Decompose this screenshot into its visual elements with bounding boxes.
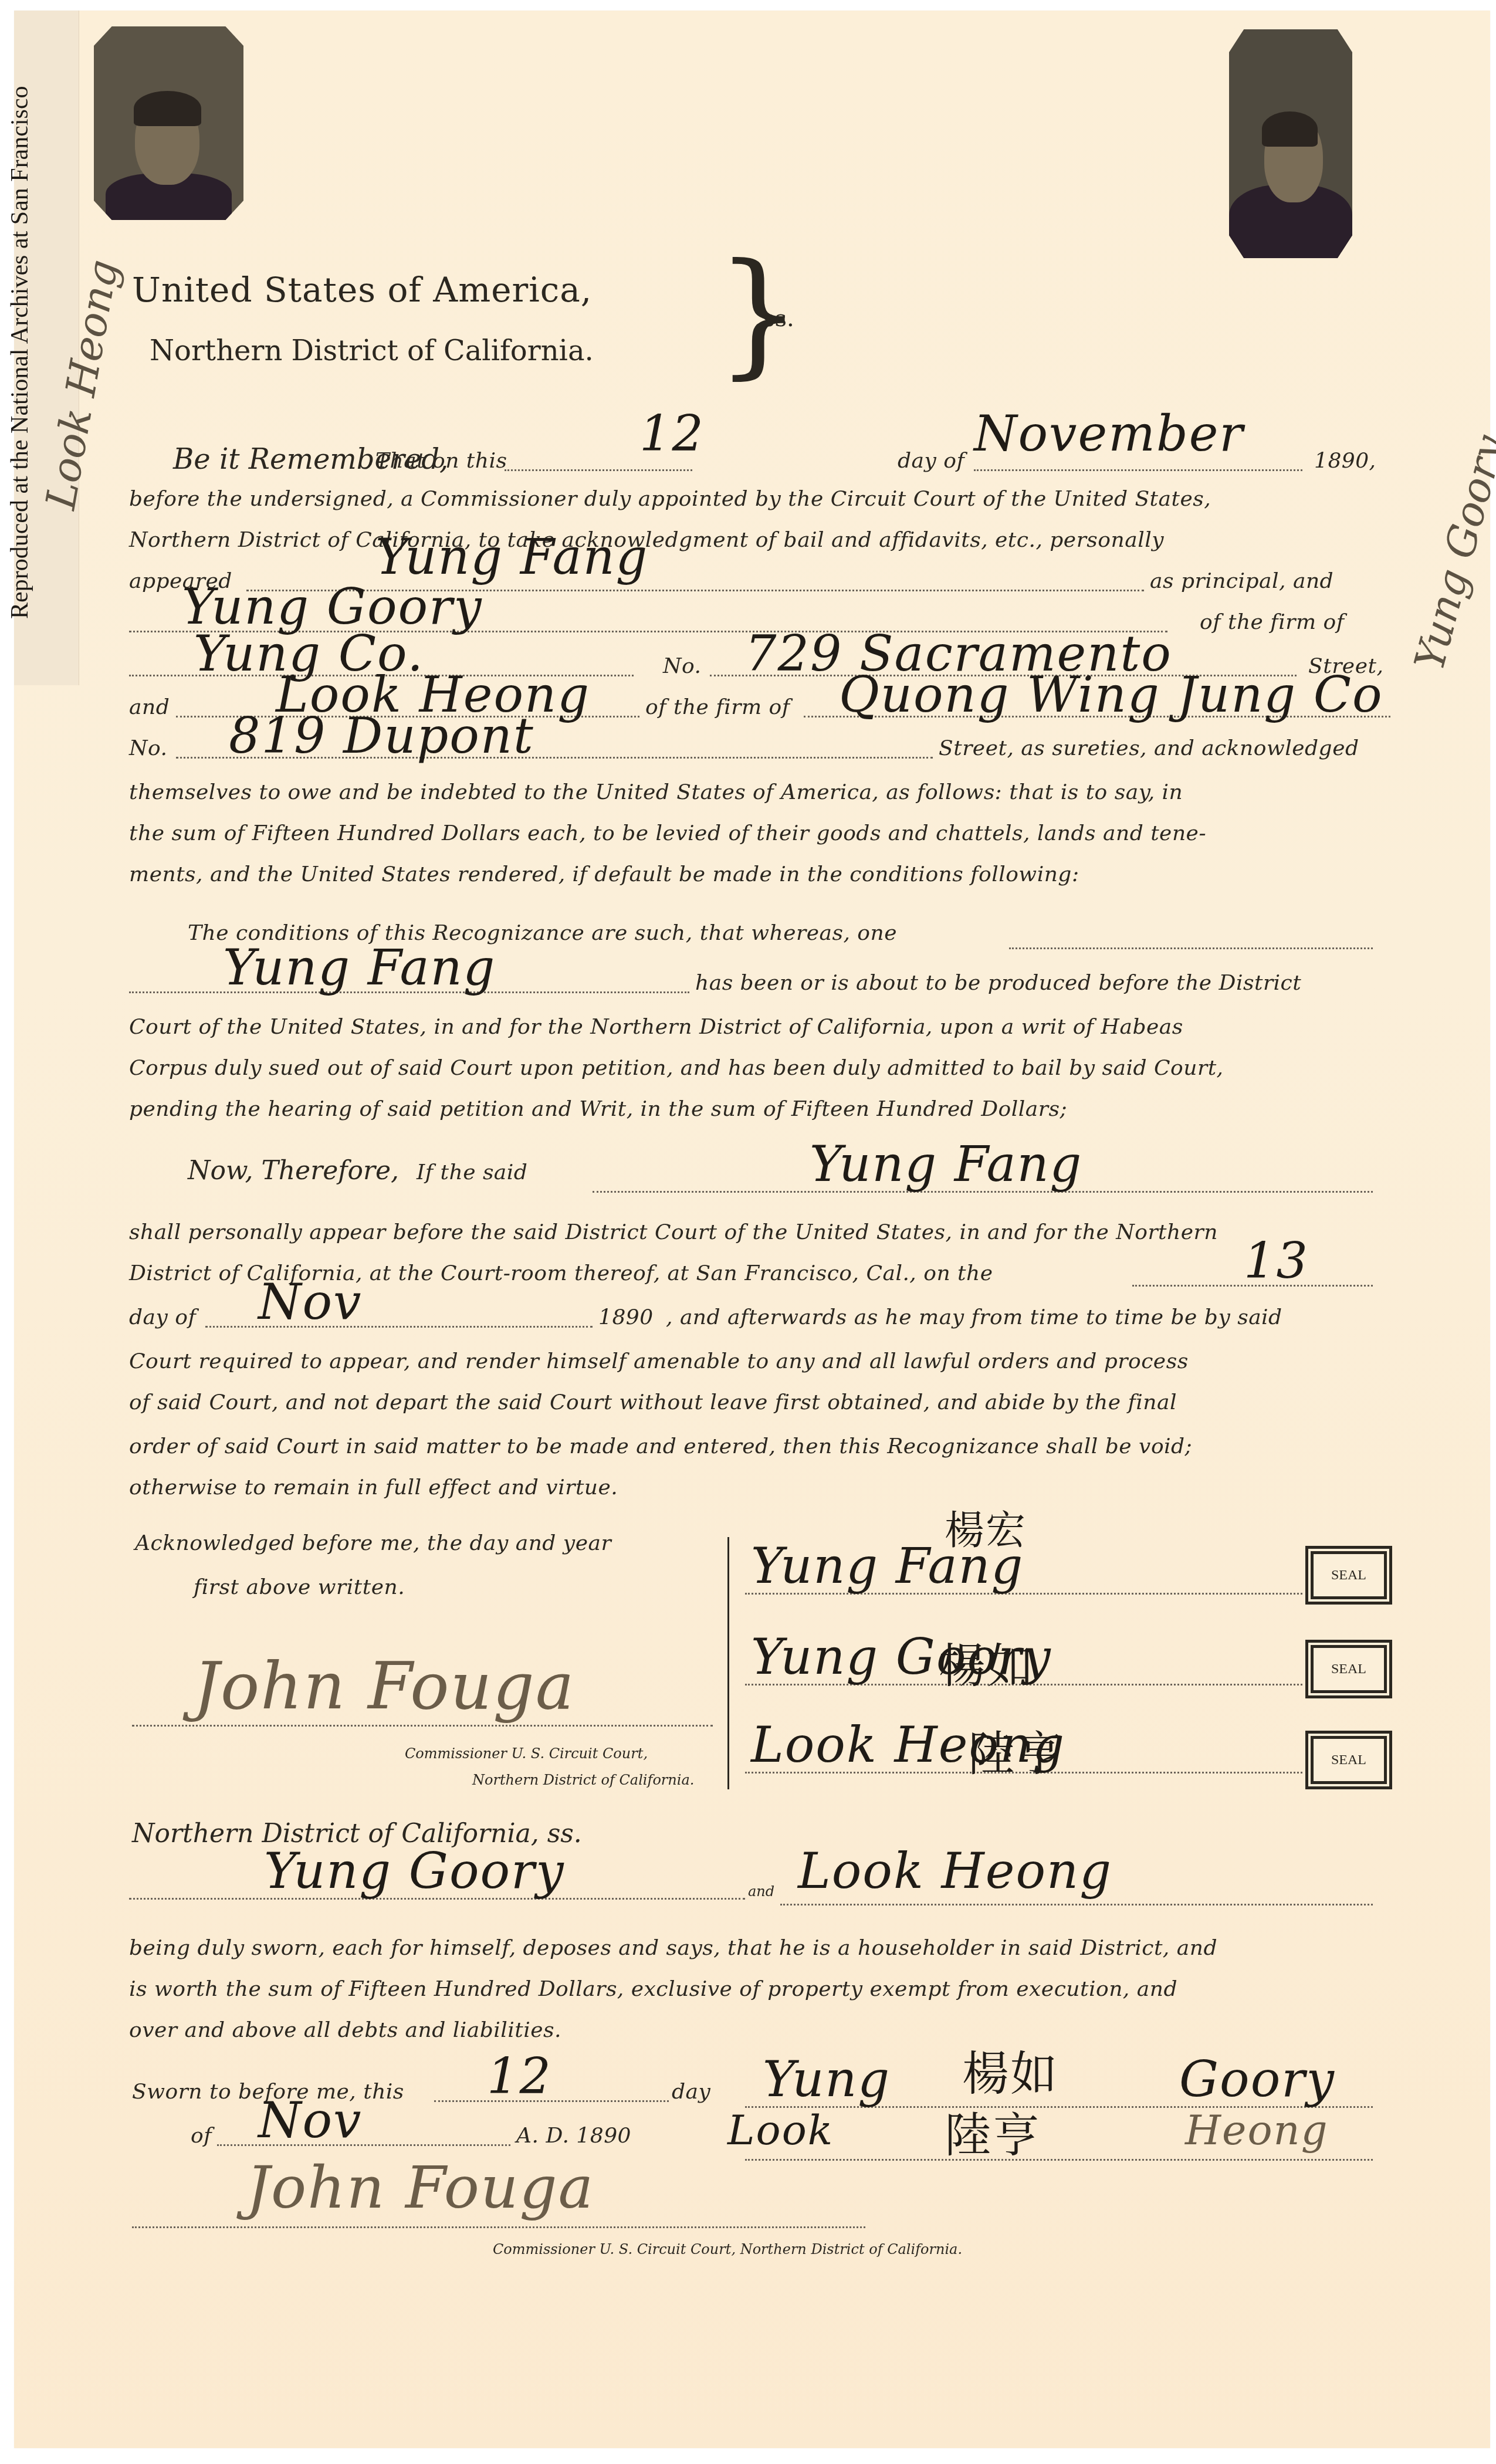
text: pending the hearing of said petition and…	[129, 1097, 1067, 1121]
text: 1890	[598, 1305, 654, 1329]
text: That on this	[375, 449, 507, 473]
text: Northern District of California.	[472, 1772, 694, 1788]
text: is worth the sum of Fifteen Hundred Doll…	[129, 1977, 1177, 2001]
header-ss: ss.	[763, 305, 794, 332]
seal-3: SEAL	[1305, 1731, 1392, 1789]
lead-now-therefore: Now, Therefore,	[188, 1156, 399, 1186]
text: the sum of Fifteen Hundred Dollars each,…	[129, 821, 1206, 845]
text: ments, and the United States rendered, i…	[129, 862, 1079, 886]
header-district: Northern District of California.	[150, 334, 594, 367]
portrait-photo-left	[94, 26, 243, 220]
text: of	[191, 2124, 212, 2148]
signature-surety2-chinese: 陸亨	[968, 1716, 1064, 1783]
text: of said Court, and not depart the said C…	[129, 1390, 1177, 1414]
text: before the undersigned, a Commissioner d…	[129, 487, 1211, 511]
portrait-photo-right	[1229, 29, 1352, 258]
commissioner-title-2: Commissioner U. S. Circuit Court, Northe…	[493, 2241, 962, 2257]
handwritten-day: 12	[639, 405, 705, 462]
archive-stamp: Reproduced at the National Archives at S…	[6, 86, 34, 619]
affiant1-signature-chinese: 楊如	[962, 2036, 1058, 2103]
text: otherwise to remain in full effect and v…	[129, 1475, 618, 1500]
text: as principal, and	[1150, 569, 1333, 593]
text: themselves to owe and be indebted to the…	[129, 780, 1183, 804]
header-country: United States of America,	[132, 270, 592, 310]
text: and	[129, 695, 170, 719]
text: of the firm of	[1200, 610, 1344, 634]
text: No.	[129, 736, 167, 760]
section2-line-a	[1009, 947, 1373, 949]
seal-2: SEAL	[1305, 1640, 1392, 1698]
text: being duly sworn, each for himself, depo…	[129, 1936, 1217, 1960]
text: day of	[898, 449, 964, 473]
text: day of	[129, 1305, 196, 1329]
text: Acknowledged before me, the day and year	[135, 1531, 611, 1555]
text: If the said	[417, 1160, 527, 1184]
text: Court required to appear, and render him…	[129, 1349, 1189, 1373]
text: order of said Court in said matter to be…	[129, 1434, 1192, 1458]
text: Court of the United States, in and for t…	[129, 1015, 1183, 1039]
affiant1-signature-english-b: Goory	[1179, 2050, 1335, 2108]
affiant2-signature-chinese: 陸亨	[945, 2097, 1041, 2165]
text: A. D. 1890	[516, 2124, 631, 2148]
text: of the firm of	[645, 695, 790, 719]
seal-1: SEAL	[1305, 1546, 1392, 1605]
handwritten-principal-2: Yung Fang	[810, 1135, 1082, 1193]
handwritten-surety2-firm: Quong Wing Jung Co	[839, 666, 1383, 723]
affiant2-signature-english-b: Heong	[1185, 2106, 1329, 2154]
handwritten-appearance-day: 13	[1244, 1232, 1309, 1289]
affiant-signature-line-2	[745, 2159, 1373, 2161]
month-line	[974, 469, 1302, 471]
text: Corpus duly sued out of said Court upon …	[129, 1056, 1224, 1080]
handwritten-appearance-month: Nov	[258, 1273, 363, 1331]
text: Commissioner U. S. Circuit Court,	[405, 1745, 648, 1762]
text: 1890,	[1314, 449, 1376, 473]
commissioner-signature-line-2	[132, 2226, 865, 2228]
handwritten-affiant-2: Look Heong	[798, 1842, 1112, 1900]
text: over and above all debts and liabilities…	[129, 2018, 561, 2042]
text: has been or is about to be produced befo…	[695, 971, 1301, 995]
affidavit-names-line-b	[780, 1904, 1373, 1905]
text: No.	[663, 654, 701, 678]
affiant1-signature-english-a: Yung	[763, 2050, 891, 2108]
signature-principal-chinese: 楊宏	[945, 1499, 1027, 1556]
handwritten-month: November	[974, 405, 1244, 462]
day-line	[505, 469, 692, 471]
commissioner-signature-line	[132, 1725, 713, 1727]
commissioner-signature: John Fouga	[194, 1649, 575, 1724]
handwritten-sworn-month: Nov	[258, 2091, 363, 2149]
commissioner-signature-2: John Fouga	[246, 2153, 594, 2222]
text: day	[672, 2080, 710, 2104]
text: shall personally appear before the said …	[129, 1220, 1218, 1244]
text: and	[748, 1883, 774, 1900]
handwritten-affiant-1: Yung Goory	[264, 1842, 565, 1900]
signature-surety1-chinese: 楊如	[939, 1628, 1035, 1695]
handwritten-detainee: Yung Fang	[223, 939, 496, 996]
handwritten-sworn-day: 12	[487, 2047, 552, 2105]
text: , and afterwards as he may from time to …	[666, 1305, 1282, 1329]
affiant2-signature-english-a: Look	[727, 2106, 834, 2154]
text: Street, as sureties, and acknowledged	[939, 736, 1359, 760]
signature-bracket	[727, 1537, 729, 1789]
text: first above written.	[194, 1575, 405, 1599]
handwritten-principal: Yung Fang	[375, 528, 648, 585]
handwritten-surety2-address: 819 Dupont	[229, 707, 534, 764]
